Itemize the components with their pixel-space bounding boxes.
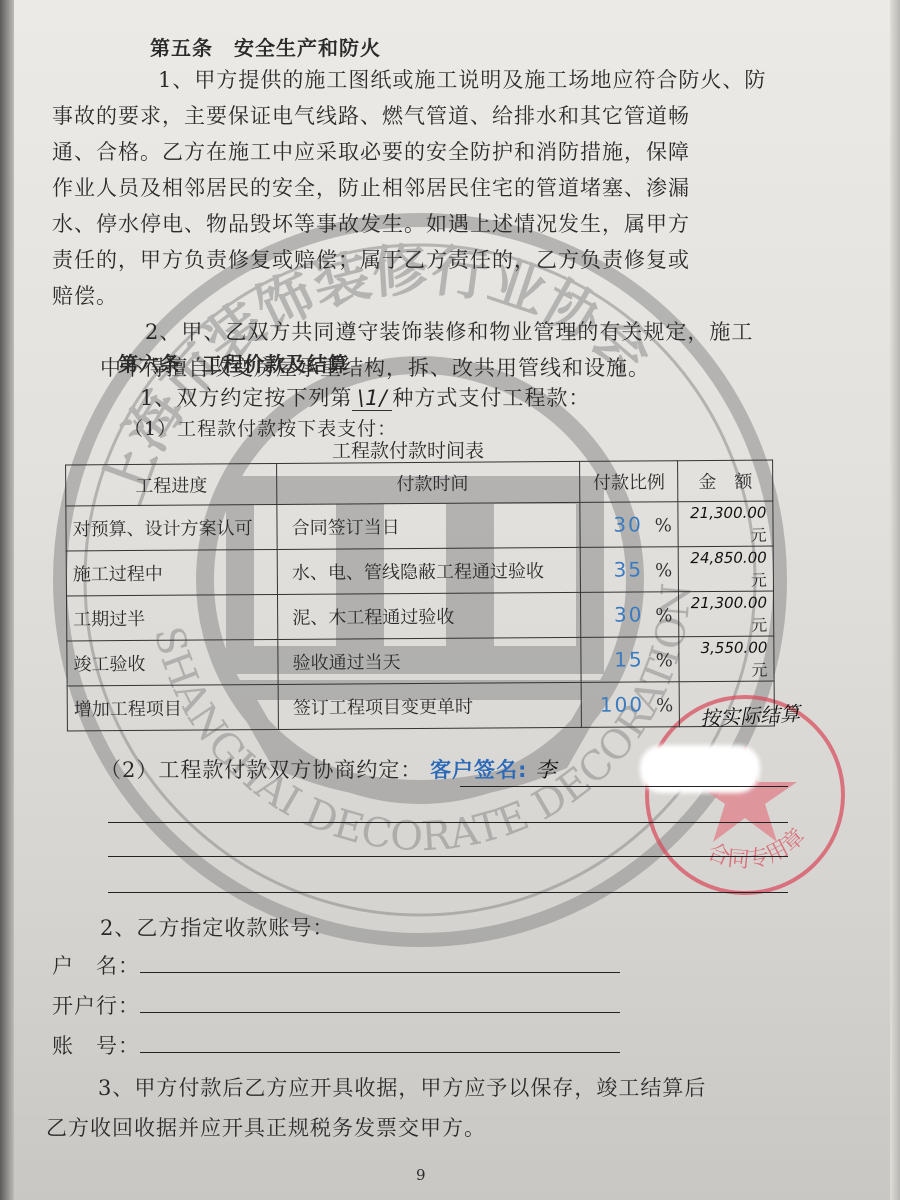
article6-item3-line: 3、甲方付款后乙方应开具收据，甲方应予以保存，竣工结算后 — [98, 1072, 706, 1102]
page-binding-edge — [0, 0, 14, 1200]
agreement-blank-line — [108, 822, 788, 823]
account-name-input[interactable] — [140, 956, 620, 973]
cell-timing: 签订工程项目变更单时 — [278, 682, 581, 729]
next-page-edge — [890, 0, 900, 1200]
agreement-blank-line — [108, 856, 788, 857]
cell-ratio: 100% — [581, 682, 679, 728]
ratio-value: 30 — [614, 602, 644, 626]
currency-unit: 元 — [751, 616, 767, 635]
percent-sign: % — [656, 695, 673, 716]
cell-amount: 24,850.00元 — [679, 546, 774, 592]
cell-amount: 21,300.00元 — [679, 591, 774, 637]
header-timing: 付款时间 — [277, 461, 580, 504]
article5-para1-line: 作业人员及相邻居民的安全，防止相邻居民住宅的管道堵塞、渗漏 — [52, 172, 690, 202]
article5-para1-line: 通、合格。乙方在施工中应采取必要的安全防护和消防措施，保障 — [52, 136, 690, 166]
amount-value: 21,300.00 — [691, 594, 767, 613]
cell-ratio: 15% — [581, 637, 679, 683]
ratio-value: 15 — [614, 647, 644, 671]
payment-schedule-table: 工程进度 付款时间 付款比例 金 额 对预算、设计方案认可合同签订当日30%21… — [65, 460, 775, 732]
customer-signature-label: 客户签名: — [430, 758, 527, 782]
table-row: 工期过半泥、木工程通过验收30%21,300.00元 — [66, 591, 773, 641]
account-number-input[interactable] — [140, 1036, 620, 1053]
item1-prefix: 1、双方约定按下列第 — [140, 386, 352, 410]
article5-para1-line: 责任的，甲方负责修复或赔偿；属于乙方责任的，乙方负责修复或 — [52, 244, 690, 274]
cell-stage: 对预算、设计方案认可 — [66, 504, 277, 550]
percent-sign: % — [656, 650, 673, 671]
article5-para1-line: 事故的要求，主要保证电气线路、燃气管道、给排水和其它管道畅 — [52, 100, 690, 130]
cell-stage: 工期过半 — [66, 594, 277, 640]
article5-heading: 第五条 安全生产和防火 — [150, 32, 381, 61]
table-row: 施工过程中水、电、管线隐蔽工程通过验收35%24,850.00元 — [66, 546, 773, 596]
article6-item2: 2、乙方指定收款账号： — [100, 912, 334, 942]
article5-para1-line: 赔偿。 — [52, 280, 118, 310]
handwritten-note-actual-settlement: 按实际结算 — [699, 697, 800, 731]
cell-amount: 3,550.00元 — [679, 636, 774, 682]
article6-item1: 1、双方约定按下列第\1/种方式支付工程款： — [140, 382, 590, 412]
percent-sign: % — [655, 560, 672, 581]
item1-suffix: 种方式支付工程款： — [392, 386, 590, 410]
cell-ratio: 35% — [580, 547, 678, 593]
header-amount: 金 额 — [678, 460, 773, 502]
bank-label: 开户行： — [52, 994, 140, 1018]
cell-timing: 验收通过当天 — [278, 637, 581, 684]
table-row: 对预算、设计方案认可合同签订当日30%21,300.00元 — [66, 501, 773, 551]
currency-unit: 元 — [751, 526, 767, 545]
currency-unit: 元 — [751, 571, 767, 590]
sub2-text: （2）工程款付款双方协商约定： — [100, 758, 422, 782]
page-number: 9 — [416, 1166, 426, 1184]
amount-value: 21,300.00 — [690, 504, 766, 523]
payment-method-handwritten: \1/ — [352, 386, 392, 411]
cell-timing: 合同签订当日 — [277, 502, 580, 549]
ratio-value: 35 — [614, 557, 644, 581]
ratio-value: 100 — [600, 692, 644, 716]
article6-item3-line: 乙方收回收据并应开具正规税务发票交甲方。 — [46, 1112, 486, 1142]
account-name-label: 户 名： — [52, 954, 140, 978]
svg-text:合同专用章: 合同专用章 — [704, 824, 811, 873]
article5-para1-line: 水、停水停电、物品毁坏等事故发生。如遇上述情况发生，属甲方 — [52, 208, 690, 238]
header-stage: 工程进度 — [66, 463, 277, 505]
amount-value: 3,550.00 — [701, 639, 768, 657]
customer-signature: 李 — [535, 758, 557, 782]
bank-field: 开户行： — [52, 990, 620, 1020]
cell-timing: 水、电、管线隐蔽工程通过验收 — [277, 547, 580, 594]
cell-stage: 增加工程项目 — [67, 684, 278, 730]
cell-stage: 施工过程中 — [66, 549, 277, 595]
table-row: 增加工程项目签订工程项目变更单时100% — [67, 681, 774, 731]
account-number-field: 账 号： — [52, 1030, 620, 1060]
cell-ratio: 30% — [581, 592, 679, 638]
bank-input[interactable] — [140, 996, 620, 1013]
table-row: 竣工验收验收通过当天15%3,550.00元 — [67, 636, 774, 686]
article6-heading: 第六条 工程价款及结算 — [118, 348, 349, 377]
cell-timing: 泥、木工程通过验收 — [278, 592, 581, 639]
signature-line — [460, 786, 788, 787]
article5-para2-line: 2、甲、乙双方共同遵守装饰装修和物业管理的有关规定，施工 — [145, 316, 753, 346]
percent-sign: % — [655, 515, 672, 536]
payment-table-title: 工程款付款时间表 — [332, 436, 484, 463]
article5-para1-line: 1、甲方提供的施工图纸或施工说明及施工场地应符合防火、防 — [158, 64, 766, 94]
percent-sign: % — [655, 605, 672, 626]
agreement-blank-line — [108, 892, 788, 893]
cell-amount: 21,300.00元 — [678, 501, 773, 547]
account-number-label: 账 号： — [52, 1034, 140, 1058]
header-ratio: 付款比例 — [580, 461, 678, 503]
ratio-value: 30 — [613, 512, 643, 536]
cell-stage: 竣工验收 — [67, 639, 278, 685]
article6-sub2: （2）工程款付款双方协商约定： 客户签名: 李 — [100, 754, 557, 784]
amount-value: 24,850.00 — [690, 549, 766, 568]
cell-ratio: 30% — [580, 502, 678, 548]
account-name-field: 户 名： — [52, 950, 620, 980]
table-header-row: 工程进度 付款时间 付款比例 金 额 — [66, 460, 773, 506]
currency-unit: 元 — [751, 661, 767, 680]
